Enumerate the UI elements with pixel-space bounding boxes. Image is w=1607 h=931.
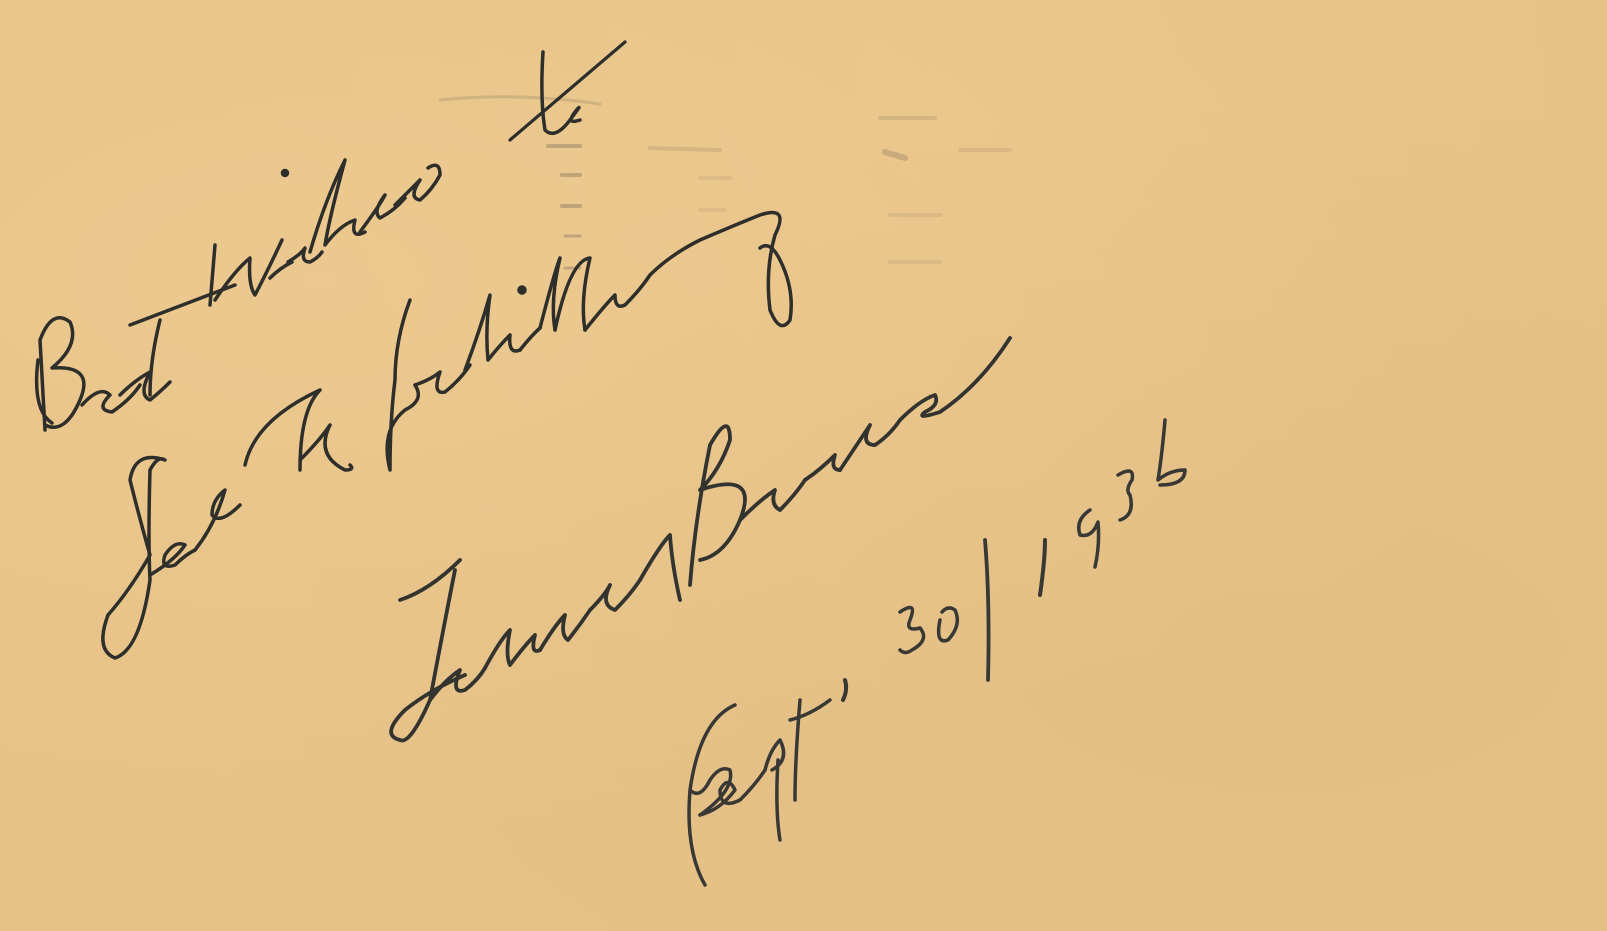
recipient-handwriting xyxy=(103,213,791,659)
postmark-marks xyxy=(440,97,1010,268)
greeting-handwriting xyxy=(37,42,625,430)
signature-handwriting xyxy=(391,338,1010,741)
date-handwriting xyxy=(689,420,1185,885)
autograph-card: Best Wishes to Jack Schilling Fanny Bric… xyxy=(0,0,1607,931)
handwriting-layer xyxy=(0,0,1607,931)
